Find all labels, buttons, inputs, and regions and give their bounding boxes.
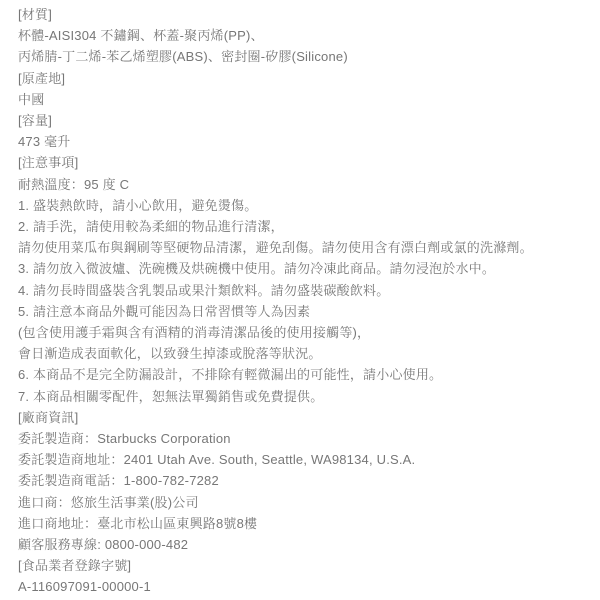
info-section: [材質]杯體-AISI304 不鏽鋼、杯蓋-聚丙烯(PP)、丙烯腈-丁二烯-苯乙… — [18, 4, 594, 68]
product-info-sections: [材質]杯體-AISI304 不鏽鋼、杯蓋-聚丙烯(PP)、丙烯腈-丁二烯-苯乙… — [18, 4, 594, 598]
info-line: 5. 請注意本商品外觀可能因為日常習慣等人為因素 — [18, 301, 594, 322]
section-heading: [注意事項] — [18, 152, 594, 173]
info-line: 6. 本商品不是完全防漏設計，不排除有輕微漏出的可能性，請小心使用。 — [18, 364, 594, 385]
info-line: 進口商地址：臺北市松山區東興路8號8樓 — [18, 513, 594, 534]
info-line: 進口商：悠旅生活事業(股)公司 — [18, 492, 594, 513]
info-line: 耐熱溫度：95 度 C — [18, 174, 594, 195]
info-line: 2. 請手洗，請使用較為柔細的物品進行清潔， — [18, 216, 594, 237]
section-heading: [原產地] — [18, 68, 594, 89]
info-line: 7. 本商品相關零配件，恕無法單獨銷售或免費提供。 — [18, 386, 594, 407]
info-line: (包含使用護手霜與含有酒精的消毒清潔品後的使用接觸等)， — [18, 322, 594, 343]
info-line: 會日漸造成表面軟化，以致發生掉漆或脫落等狀況。 — [18, 343, 594, 364]
info-line: 丙烯腈-丁二烯-苯乙烯塑膠(ABS)、密封圈-矽膠(Silicone) — [18, 46, 594, 67]
info-line: 中國 — [18, 89, 594, 110]
info-line: 委託製造商電話：1-800-782-7282 — [18, 470, 594, 491]
info-section: [容量]473 毫升 — [18, 110, 594, 152]
info-section: [注意事項]耐熱溫度：95 度 C1. 盛裝熱飲時，請小心飲用，避免燙傷。2. … — [18, 152, 594, 406]
info-section: [原產地]中國 — [18, 68, 594, 110]
info-line: 委託製造商地址：2401 Utah Ave. South, Seattle, W… — [18, 449, 594, 470]
product-description-page: [材質]杯體-AISI304 不鏽鋼、杯蓋-聚丙烯(PP)、丙烯腈-丁二烯-苯乙… — [0, 0, 600, 600]
info-section: [食品業者登錄字號]A-116097091-00000-1 — [18, 555, 594, 597]
section-heading: [食品業者登錄字號] — [18, 555, 594, 576]
info-line: 顧客服務專線: 0800-000-482 — [18, 534, 594, 555]
info-line: 473 毫升 — [18, 131, 594, 152]
info-line: 1. 盛裝熱飲時，請小心飲用，避免燙傷。 — [18, 195, 594, 216]
info-line: 4. 請勿長時間盛裝含乳製品或果汁類飲料。請勿盛裝碳酸飲料。 — [18, 280, 594, 301]
info-section: [廠商資訊]委託製造商：Starbucks Corporation委託製造商地址… — [18, 407, 594, 555]
info-line: 委託製造商：Starbucks Corporation — [18, 428, 594, 449]
section-heading: [容量] — [18, 110, 594, 131]
section-heading: [廠商資訊] — [18, 407, 594, 428]
info-line: 3. 請勿放入微波爐、洗碗機及烘碗機中使用。請勿冷凍此商品。請勿浸泡於水中。 — [18, 258, 594, 279]
info-line: 杯體-AISI304 不鏽鋼、杯蓋-聚丙烯(PP)、 — [18, 25, 594, 46]
info-line: A-116097091-00000-1 — [18, 576, 594, 597]
section-heading: [材質] — [18, 4, 594, 25]
info-line: 請勿使用菜瓜布與鋼刷等堅硬物品清潔，避免刮傷。請勿使用含有漂白劑或氯的洗滌劑。 — [18, 237, 594, 258]
